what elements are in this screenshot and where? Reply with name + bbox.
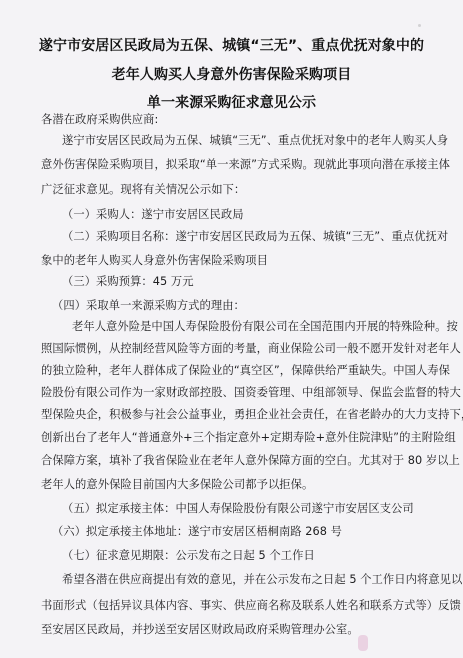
document-title-line-3: 单一来源采购征求意见公示 bbox=[0, 92, 463, 112]
document-page: 遂宁市安居区民政局为五保、城镇“三无”、重点优抚对象中的 老年人购买人身意外伤害… bbox=[0, 0, 463, 658]
reason-line-1: 老年人意外险是中国人寿保险股份有限公司在全国范围内开展的特殊险种。按 bbox=[72, 318, 458, 334]
reason-line-4: 险股份有限公司作为一家财政部控股、国资委管理、中组部领导、保监会监督的特大 bbox=[41, 384, 461, 400]
intro-line-1: 遂宁市安居区民政局为五保、城镇“三无”、重点优抚对象中的老年人购买人身 bbox=[62, 132, 448, 148]
salutation: 各潜在政府采购供应商: bbox=[41, 111, 158, 127]
reason-line-3: 的独立险种，老年人群体成了保险业的“真空区”，保障供给严重缺失。中国人寿保 bbox=[41, 362, 450, 378]
intro-line-2: 意外伤害保险采购项目，拟采取“单一来源”方式采购。现就此事项向潜在承接主体 bbox=[41, 156, 450, 172]
item-project-name-line-1: （二）采购项目名称：遂宁市安居区民政局为五保、城镇“三无”、重点优抚对 bbox=[62, 228, 448, 244]
item-reason-heading: （四）采取单一来源采购方式的理由： bbox=[52, 297, 245, 313]
document-title-line-2: 老年人购买人身意外伤害保险采购项目 bbox=[0, 64, 463, 84]
item-comment-period: （七）征求意见期限：公示发布之日起 5 个工作日 bbox=[62, 547, 315, 563]
reason-line-2: 照国际惯例，从控制经营风险等方面的考量，商业保险公司一般不愿开发针对老年人 bbox=[41, 340, 461, 356]
faint-seal-mark bbox=[358, 635, 368, 651]
scan-speck bbox=[418, 24, 421, 27]
closing-line-2: 书面形式（包括异议具体内容、事实、供应商名称及联系人姓名和联系方式等）反馈 bbox=[41, 597, 461, 613]
closing-line-1: 希望各潜在供应商提出有效的意见，并在公示发布之日起 5 个工作日内将意见以 bbox=[62, 571, 462, 587]
reason-line-8: 老年人的意外保险目前国内大多保险公司都予以拒保。 bbox=[41, 476, 313, 492]
item-purchaser: （一）采购人：遂宁市安居区民政局 bbox=[62, 206, 244, 222]
intro-line-3: 广泛征求意见。现将有关情况公示如下： bbox=[41, 181, 245, 197]
item-budget: （三）采购预算：45 万元 bbox=[62, 273, 194, 289]
item-contractor-address: （六）拟定承接主体地址：遂宁市安居区梧桐南路 268 号 bbox=[52, 523, 342, 539]
closing-line-3: 至安居区民政局，并抄送至安居区财政局政府采购管理办公室。 bbox=[41, 621, 359, 637]
reason-line-5: 型保险央企，积极参与社会公益事业，勇担企业社会责任，在省老龄办的大力支持下， bbox=[41, 406, 463, 422]
document-title-line-1: 遂宁市安居区民政局为五保、城镇“三无”、重点优抚对象中的 bbox=[0, 35, 463, 55]
item-contractor: （五）拟定承接主体：中国人寿保险股份有限公司遂宁市安居区支公司 bbox=[62, 500, 414, 516]
item-project-name-line-2: 象中的老年人购买人身意外伤害保险采购项目 bbox=[41, 252, 268, 268]
reason-line-6: 创新出台了老年人“普通意外+三个指定意外+定期寿险+意外住院津贴”的主附险组 bbox=[41, 429, 456, 445]
reason-line-7: 合保障方案，填补了我省保险业在老年人意外保障方面的空白。尤其对于 80 岁以上 bbox=[41, 452, 460, 468]
